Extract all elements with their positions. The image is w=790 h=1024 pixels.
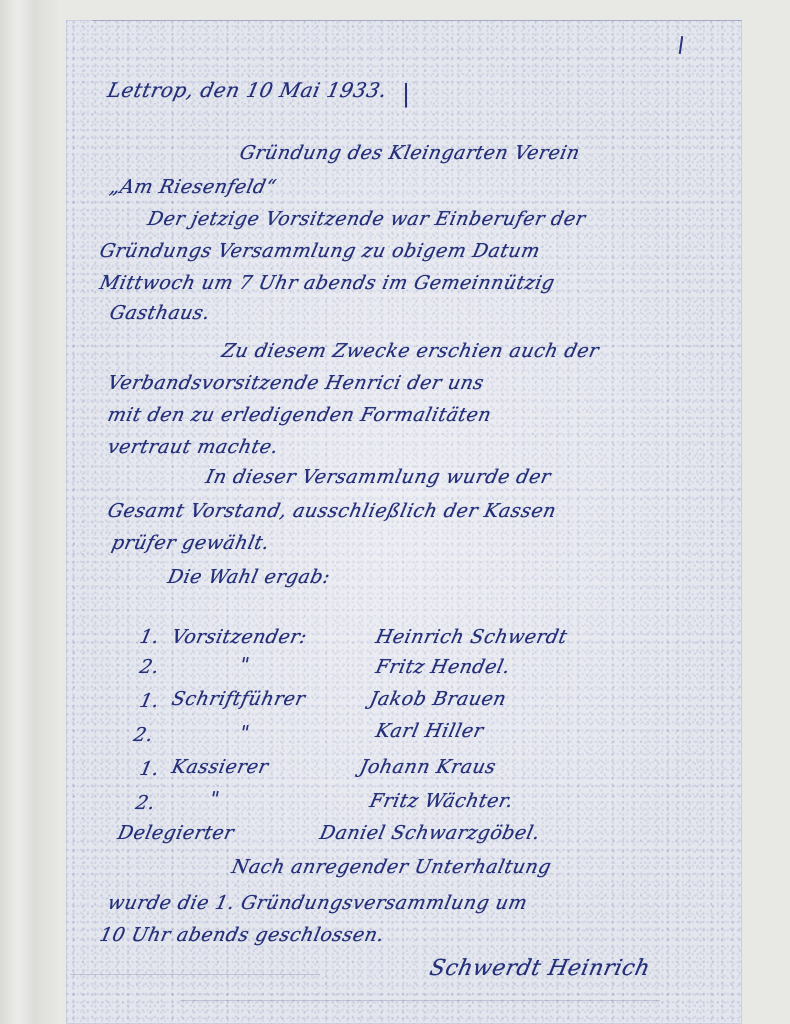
row-role: Schriftführer [170, 688, 308, 710]
sheet-edge [92, 20, 742, 21]
row-name: Daniel Schwarzgöbel. [318, 822, 543, 844]
para3-line3: prüfer gewählt. [110, 532, 272, 554]
faint-rule [70, 974, 320, 975]
closing-line1: Nach anregender Unterhaltung [230, 856, 554, 878]
faint-rule [180, 1000, 660, 1001]
row-role: Vorsitzender: [170, 626, 310, 648]
para1-line4: Gasthaus. [108, 302, 213, 324]
title-line-1: Gründung des Kleingarten Verein [238, 142, 582, 164]
title-line-2: „Am Riesenfeld“ [108, 176, 279, 198]
row-name: Karl Hiller [374, 720, 486, 742]
row-name: Jakob Brauen [368, 688, 509, 710]
closing-line3: 10 Uhr abends geschlossen. [98, 924, 387, 946]
para3-line2: Gesamt Vorstand, ausschließlich der Kass… [106, 500, 559, 522]
para1-line3: Mittwoch um 7 Uhr abends im Gemeinnützig [98, 272, 557, 294]
signature: Schwerdt Heinrich [427, 956, 652, 981]
row-name: Fritz Hendel. [374, 656, 513, 678]
para1-line2: Gründungs Versammlung zu obigem Datum [98, 240, 543, 262]
row-name: Heinrich Schwerdt [374, 626, 570, 648]
row-role: Delegierter [116, 822, 237, 844]
separator-mark: | [402, 80, 411, 108]
para2-line1: Zu diesem Zwecke erschien auch der [220, 340, 601, 362]
binder-edge [0, 0, 63, 1024]
para1-line1: Der jetzige Vorsitzende war Einberufer d… [146, 208, 588, 230]
row-name: Johann Kraus [358, 756, 498, 778]
place-date: Lettrop, den 10 Mai 1933. [105, 78, 389, 102]
para2-line4: vertraut machte. [106, 436, 281, 458]
para2-line3: mit den zu erledigenden Formalitäten [106, 404, 494, 426]
row-role: Kassierer [170, 756, 271, 778]
row-name: Fritz Wächter. [368, 790, 516, 812]
para3-line1: In dieser Versammlung wurde der [204, 466, 553, 488]
para2-line2: Verbandsvorsitzende Henrici der uns [106, 372, 487, 394]
closing-line2: wurde die 1. Gründungsversammlung um [106, 892, 530, 914]
para3-line4: Die Wahl ergab: [166, 566, 333, 588]
